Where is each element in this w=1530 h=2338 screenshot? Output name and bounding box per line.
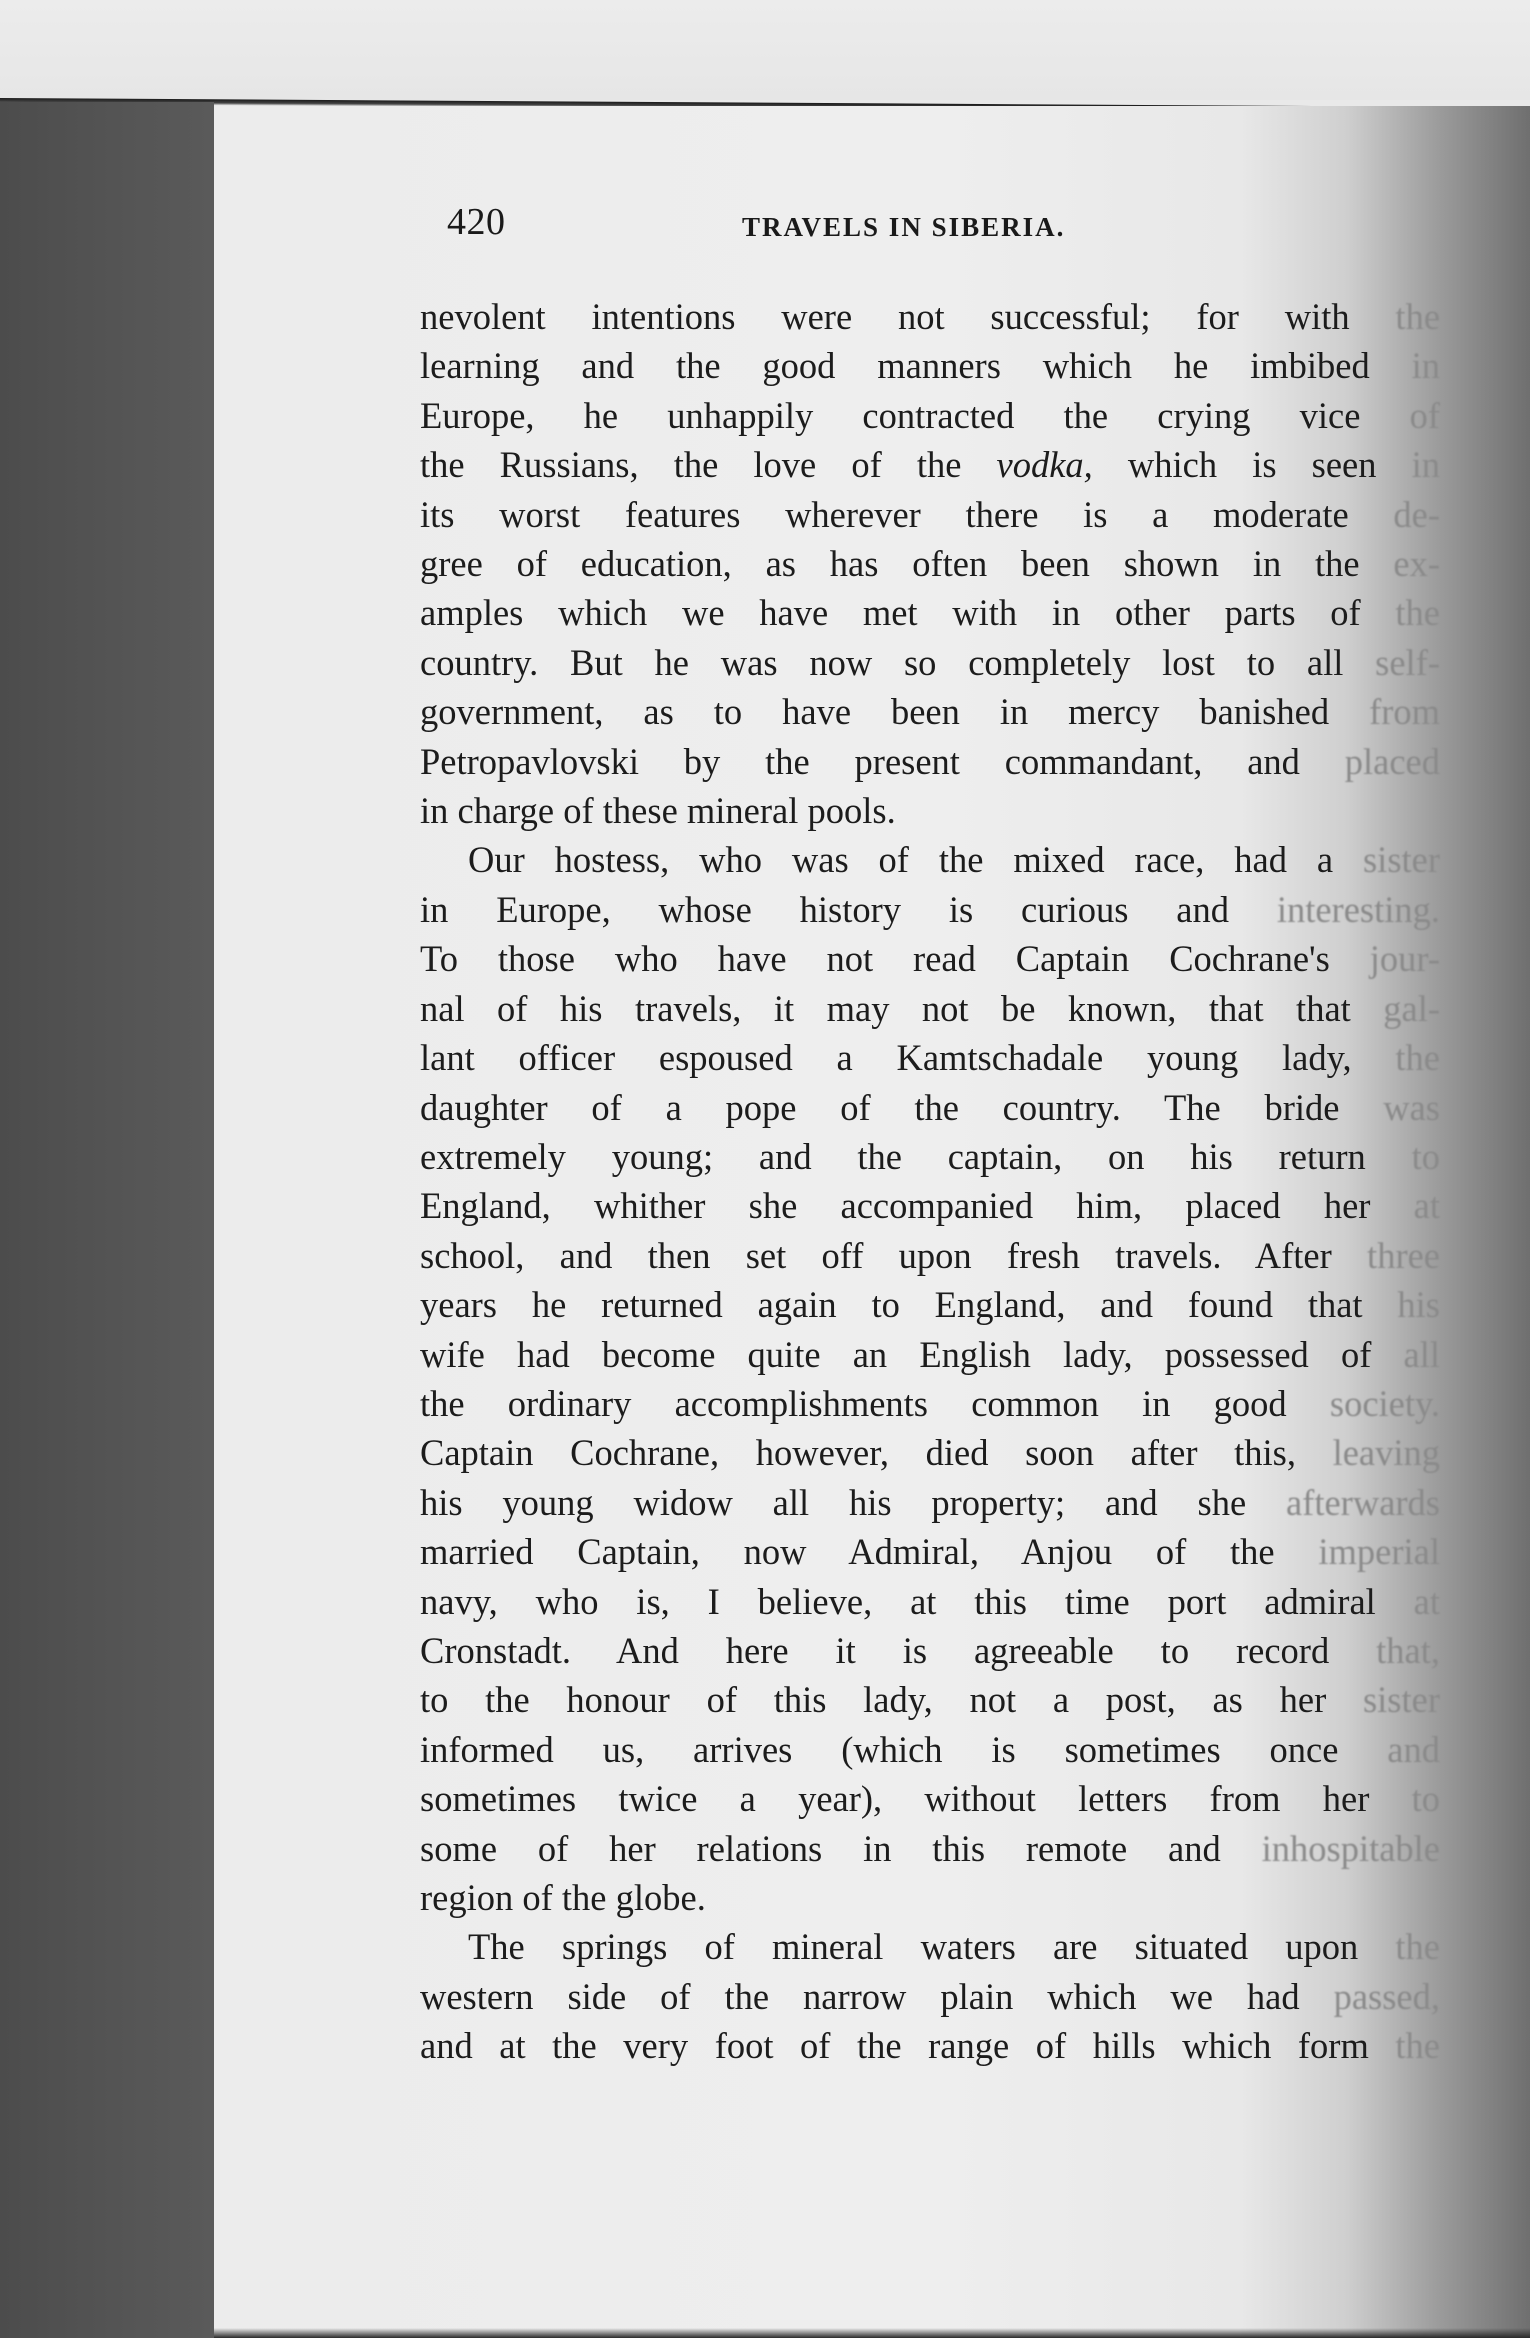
- text-line: school, and then set off upon fresh trav…: [420, 1231, 1440, 1280]
- text-line: navy, who is, I believe, at this time po…: [420, 1577, 1440, 1626]
- gutter-blurred-text: to: [1412, 1778, 1440, 1819]
- text-line: informed us, arrives (which is sometimes…: [420, 1725, 1440, 1774]
- gutter-blurred-text: afterwards: [1286, 1482, 1440, 1523]
- gutter-blurred-text: in: [1412, 345, 1440, 386]
- gutter-blurred-text: his: [1397, 1284, 1440, 1325]
- gutter-blurred-text: of: [1410, 395, 1440, 436]
- text-line: Captain Cochrane, however, died soon aft…: [420, 1428, 1440, 1477]
- text-line: To those who have not read Captain Cochr…: [420, 934, 1440, 983]
- text-line: government, as to have been in mercy ban…: [420, 687, 1440, 736]
- text-line: in charge of these mineral pools.: [420, 786, 1440, 835]
- page-bottom-edge: [214, 2328, 1530, 2338]
- text-line: and at the very foot of the range of hil…: [420, 2021, 1440, 2070]
- running-head: 420 TRAVELS IN SIBERIA.: [447, 200, 1347, 250]
- gutter-blurred-text: society.: [1330, 1383, 1440, 1424]
- paragraph: nevolent intentions were not successful;…: [420, 292, 1440, 835]
- text-line: extremely young; and the captain, on his…: [420, 1132, 1440, 1181]
- gutter-blurred-text: from: [1369, 691, 1440, 732]
- gutter-blurred-text: and: [1387, 1729, 1440, 1770]
- text-line: amples which we have met with in other p…: [420, 588, 1440, 637]
- text-line: learning and the good manners which he i…: [420, 341, 1440, 390]
- gutter-blurred-text: the: [1395, 2025, 1440, 2066]
- gutter-blurred-text: to: [1412, 1136, 1440, 1177]
- text-line: daughter of a pope of the country. The b…: [420, 1083, 1440, 1132]
- gutter-blurred-text: inhospitable: [1262, 1828, 1440, 1869]
- scanner-background-top: [0, 0, 1530, 100]
- text-line: the ordinary accomplishments common in g…: [420, 1379, 1440, 1428]
- text-line: his young widow all his property; and sh…: [420, 1478, 1440, 1527]
- gutter-blurred-text: at: [1414, 1581, 1440, 1622]
- gutter-blurred-text: jour-: [1370, 938, 1440, 979]
- gutter-blurred-text: self-: [1375, 642, 1440, 683]
- text-line: married Captain, now Admiral, Anjou of t…: [420, 1527, 1440, 1576]
- gutter-blurred-text: all: [1404, 1334, 1440, 1375]
- text-line: Petropavlovski by the present commandant…: [420, 737, 1440, 786]
- text-line: the Russians, the love of the vodka, whi…: [420, 440, 1440, 489]
- gutter-blurred-text: imperial: [1318, 1531, 1440, 1572]
- gutter-blurred-text: sister: [1363, 839, 1440, 880]
- text-line: Cronstadt. And here it is agreeable to r…: [420, 1626, 1440, 1675]
- text-line: western side of the narrow plain which w…: [420, 1972, 1440, 2021]
- text-line: its worst features wherever there is a m…: [420, 490, 1440, 539]
- paragraph: The springs of mineral waters are situat…: [420, 1922, 1440, 2070]
- text-line: years he returned again to England, and …: [420, 1280, 1440, 1329]
- gutter-blurred-text: gal-: [1383, 988, 1440, 1029]
- gutter-blurred-text: the: [1395, 592, 1440, 633]
- gutter-blurred-text: the: [1395, 296, 1440, 337]
- text-line: Our hostess, who was of the mixed race, …: [420, 835, 1440, 884]
- body-text: nevolent intentions were not successful;…: [420, 292, 1440, 2071]
- gutter-blurred-text: the: [1395, 1926, 1440, 1967]
- text-line: in Europe, whose history is curious and …: [420, 885, 1440, 934]
- text-line: Europe, he unhappily contracted the cryi…: [420, 391, 1440, 440]
- gutter-blurred-text: ex-: [1393, 543, 1440, 584]
- gutter-blurred-text: three: [1367, 1235, 1440, 1276]
- gutter-blurred-text: the: [1395, 1037, 1440, 1078]
- gutter-blurred-text: leaving: [1333, 1432, 1440, 1473]
- gutter-blurred-text: placed: [1345, 741, 1440, 782]
- gutter-blurred-text: sister: [1363, 1679, 1440, 1720]
- text-line: sometimes twice a year), without letters…: [420, 1774, 1440, 1823]
- gutter-blurred-text: at: [1414, 1185, 1440, 1226]
- text-line: wife had become quite an English lady, p…: [420, 1330, 1440, 1379]
- text-line: country. But he was now so completely lo…: [420, 638, 1440, 687]
- text-line: to the honour of this lady, not a post, …: [420, 1675, 1440, 1724]
- text-line: The springs of mineral waters are situat…: [420, 1922, 1440, 1971]
- scanner-background-left: [0, 102, 214, 2338]
- text-line: nal of his travels, it may not be known,…: [420, 984, 1440, 1033]
- text-line: some of her relations in this remote and…: [420, 1824, 1440, 1873]
- text-line: nevolent intentions were not successful;…: [420, 292, 1440, 341]
- text-line: England, whither she accompanied him, pl…: [420, 1181, 1440, 1230]
- gutter-blurred-text: interesting.: [1277, 889, 1440, 930]
- italic-word: vodka,: [997, 444, 1093, 485]
- gutter-blurred-text: in: [1412, 444, 1440, 485]
- text-line: gree of education, as has often been sho…: [420, 539, 1440, 588]
- gutter-blurred-text: passed,: [1334, 1976, 1440, 2017]
- running-title: TRAVELS IN SIBERIA.: [742, 212, 1065, 243]
- gutter-blurred-text: that,: [1376, 1630, 1440, 1671]
- gutter-blurred-text: was: [1383, 1087, 1440, 1128]
- text-line: lant officer espoused a Kamtschadale you…: [420, 1033, 1440, 1082]
- page-number: 420: [447, 200, 506, 244]
- gutter-blurred-text: de-: [1393, 494, 1440, 535]
- text-line: region of the globe.: [420, 1873, 1440, 1922]
- paragraph: Our hostess, who was of the mixed race, …: [420, 835, 1440, 1922]
